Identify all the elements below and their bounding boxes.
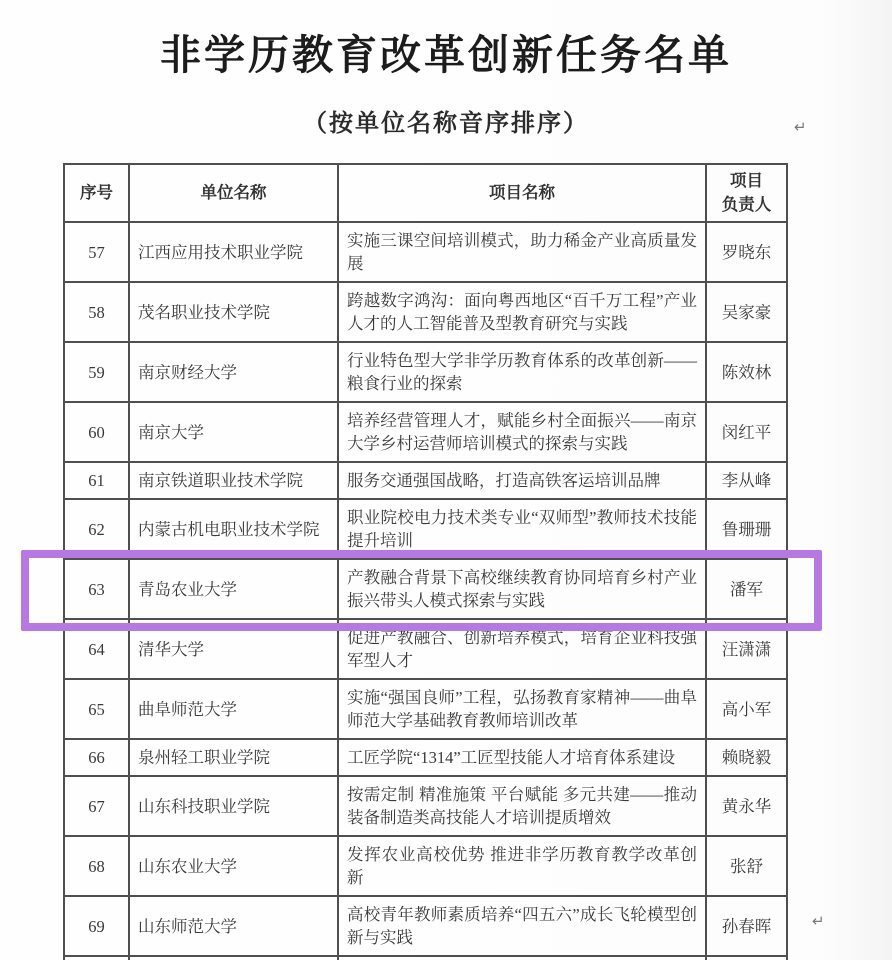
cell-leader: 罗晓东 — [706, 222, 787, 282]
cell-project: 实施“强国良师”工程，弘扬教育家精神——曲阜师范大学基础教育教师培训改革 — [338, 679, 706, 739]
cell-no: 57 — [64, 222, 129, 282]
cell-project: 产教融合背景下高校继续教育协同培育乡村产业振兴带头人模式探索与实践 — [338, 559, 706, 619]
cell-no: 59 — [64, 342, 129, 402]
cell-project: 工匠学院“1314”工匠型技能人才培育体系建设 — [338, 739, 706, 776]
cell-project: 促进产教融合、创新培养模式，培育企业科技强军型人才 — [338, 619, 706, 679]
cell-unit: 南京铁道职业技术学院 — [129, 462, 338, 499]
cell-project: 实施三课空间培训模式，助力稀金产业高质量发展 — [338, 222, 706, 282]
cell-leader: 汪潇潇 — [706, 619, 787, 679]
table-row: 66泉州轻工职业学院工匠学院“1314”工匠型技能人才培育体系建设赖晓毅 — [64, 739, 787, 776]
cell-leader: 张舒 — [706, 836, 787, 896]
table-row: 68山东农业大学发挥农业高校优势 推进非学历教育教学改革创新张舒 — [64, 836, 787, 896]
table-row: 67山东科技职业学院按需定制 精准施策 平台赋能 多元共建——推动装备制造类高技… — [64, 776, 787, 836]
cell-no: 68 — [64, 836, 129, 896]
table-row: 60南京大学培养经营管理人才，赋能乡村全面振兴——南京大学乡村运营师培训模式的探… — [64, 402, 787, 462]
cell-project: 跨越数字鸿沟：面向粤西地区“百千万工程”产业人才的人工智能普及型教育研究与实践 — [338, 282, 706, 342]
document-page: 非学历教育改革创新任务名单 （按单位名称音序排序） ↵ 序号单位名称项目名称项目… — [0, 0, 892, 960]
empty-cell — [706, 956, 787, 960]
cell-leader: 赖晓毅 — [706, 739, 787, 776]
cell-leader: 鲁珊珊 — [706, 499, 787, 559]
cell-leader: 李从峰 — [706, 462, 787, 499]
page-subtitle: （按单位名称音序排序） — [0, 103, 892, 138]
table-row: 62内蒙古机电职业技术学院职业院校电力技术类专业“双师型”教师技术技能提升培训鲁… — [64, 499, 787, 559]
table-row: 58茂名职业技术学院跨越数字鸿沟：面向粤西地区“百千万工程”产业人才的人工智能普… — [64, 282, 787, 342]
cell-no: 60 — [64, 402, 129, 462]
cell-unit: 南京大学 — [129, 402, 338, 462]
empty-cell — [64, 956, 129, 960]
cell-no: 64 — [64, 619, 129, 679]
column-header: 项目名称 — [338, 164, 706, 222]
cell-unit: 茂名职业技术学院 — [129, 282, 338, 342]
table-row: 64清华大学促进产教融合、创新培养模式，培育企业科技强军型人才汪潇潇 — [64, 619, 787, 679]
cell-leader: 吴家豪 — [706, 282, 787, 342]
table-row: 61南京铁道职业技术学院服务交通强国战略，打造高铁客运培训品牌李从峰 — [64, 462, 787, 499]
cell-leader: 闵红平 — [706, 402, 787, 462]
cell-leader: 高小军 — [706, 679, 787, 739]
cell-unit: 内蒙古机电职业技术学院 — [129, 499, 338, 559]
empty-cell — [338, 956, 706, 960]
cell-unit: 曲阜师范大学 — [129, 679, 338, 739]
cell-project: 按需定制 精准施策 平台赋能 多元共建——推动装备制造类高技能人才培训提质增效 — [338, 776, 706, 836]
cell-leader: 陈效林 — [706, 342, 787, 402]
cell-no: 58 — [64, 282, 129, 342]
cell-no: 65 — [64, 679, 129, 739]
task-table: 序号单位名称项目名称项目 负责人 57江西应用技术职业学院实施三课空间培训模式，… — [63, 163, 788, 960]
table-row: 57江西应用技术职业学院实施三课空间培训模式，助力稀金产业高质量发展罗晓东 — [64, 222, 787, 282]
cell-project: 发挥农业高校优势 推进非学历教育教学改革创新 — [338, 836, 706, 896]
column-header: 项目 负责人 — [706, 164, 787, 222]
cell-unit: 山东师范大学 — [129, 896, 338, 956]
cell-leader: 黄永华 — [706, 776, 787, 836]
cell-no: 67 — [64, 776, 129, 836]
cell-project: 行业特色型大学非学历教育体系的改革创新——粮食行业的探索 — [338, 342, 706, 402]
cell-leader: 孙春晖 — [706, 896, 787, 956]
table-row: 69山东师范大学高校青年教师素质培养“四五六”成长飞轮模型创新与实践孙春晖 — [64, 896, 787, 956]
cell-unit: 山东农业大学 — [129, 836, 338, 896]
cell-project: 职业院校电力技术类专业“双师型”教师技术技能提升培训 — [338, 499, 706, 559]
table-row: 59南京财经大学行业特色型大学非学历教育体系的改革创新——粮食行业的探索陈效林 — [64, 342, 787, 402]
header-row: 序号单位名称项目名称项目 负责人 — [64, 164, 787, 222]
cell-unit: 泉州轻工职业学院 — [129, 739, 338, 776]
cell-leader: 潘军 — [706, 559, 787, 619]
cell-no: 66 — [64, 739, 129, 776]
cell-unit: 江西应用技术职业学院 — [129, 222, 338, 282]
partial-row — [64, 956, 787, 960]
cell-unit: 南京财经大学 — [129, 342, 338, 402]
cell-no: 62 — [64, 499, 129, 559]
cell-unit: 山东科技职业学院 — [129, 776, 338, 836]
cell-project: 培养经营管理人才，赋能乡村全面振兴——南京大学乡村运营师培训模式的探索与实践 — [338, 402, 706, 462]
column-header: 序号 — [64, 164, 129, 222]
cell-no: 69 — [64, 896, 129, 956]
cell-project: 服务交通强国战略，打造高铁客运培训品牌 — [338, 462, 706, 499]
task-table-body: 57江西应用技术职业学院实施三课空间培训模式，助力稀金产业高质量发展罗晓东58茂… — [64, 222, 787, 960]
table-row: 63青岛农业大学产教融合背景下高校继续教育协同培育乡村产业振兴带头人模式探索与实… — [64, 559, 787, 619]
cell-unit: 青岛农业大学 — [129, 559, 338, 619]
cell-no: 61 — [64, 462, 129, 499]
cell-unit: 清华大学 — [129, 619, 338, 679]
page-title: 非学历教育改革创新任务名单 — [0, 22, 892, 81]
return-mark-icon: ↵ — [812, 912, 825, 930]
return-mark-icon: ↵ — [794, 118, 807, 136]
table-row: 65曲阜师范大学实施“强国良师”工程，弘扬教育家精神——曲阜师范大学基础教育教师… — [64, 679, 787, 739]
cell-no: 63 — [64, 559, 129, 619]
empty-cell — [129, 956, 338, 960]
cell-project: 高校青年教师素质培养“四五六”成长飞轮模型创新与实践 — [338, 896, 706, 956]
column-header: 单位名称 — [129, 164, 338, 222]
task-table-header: 序号单位名称项目名称项目 负责人 — [64, 164, 787, 222]
